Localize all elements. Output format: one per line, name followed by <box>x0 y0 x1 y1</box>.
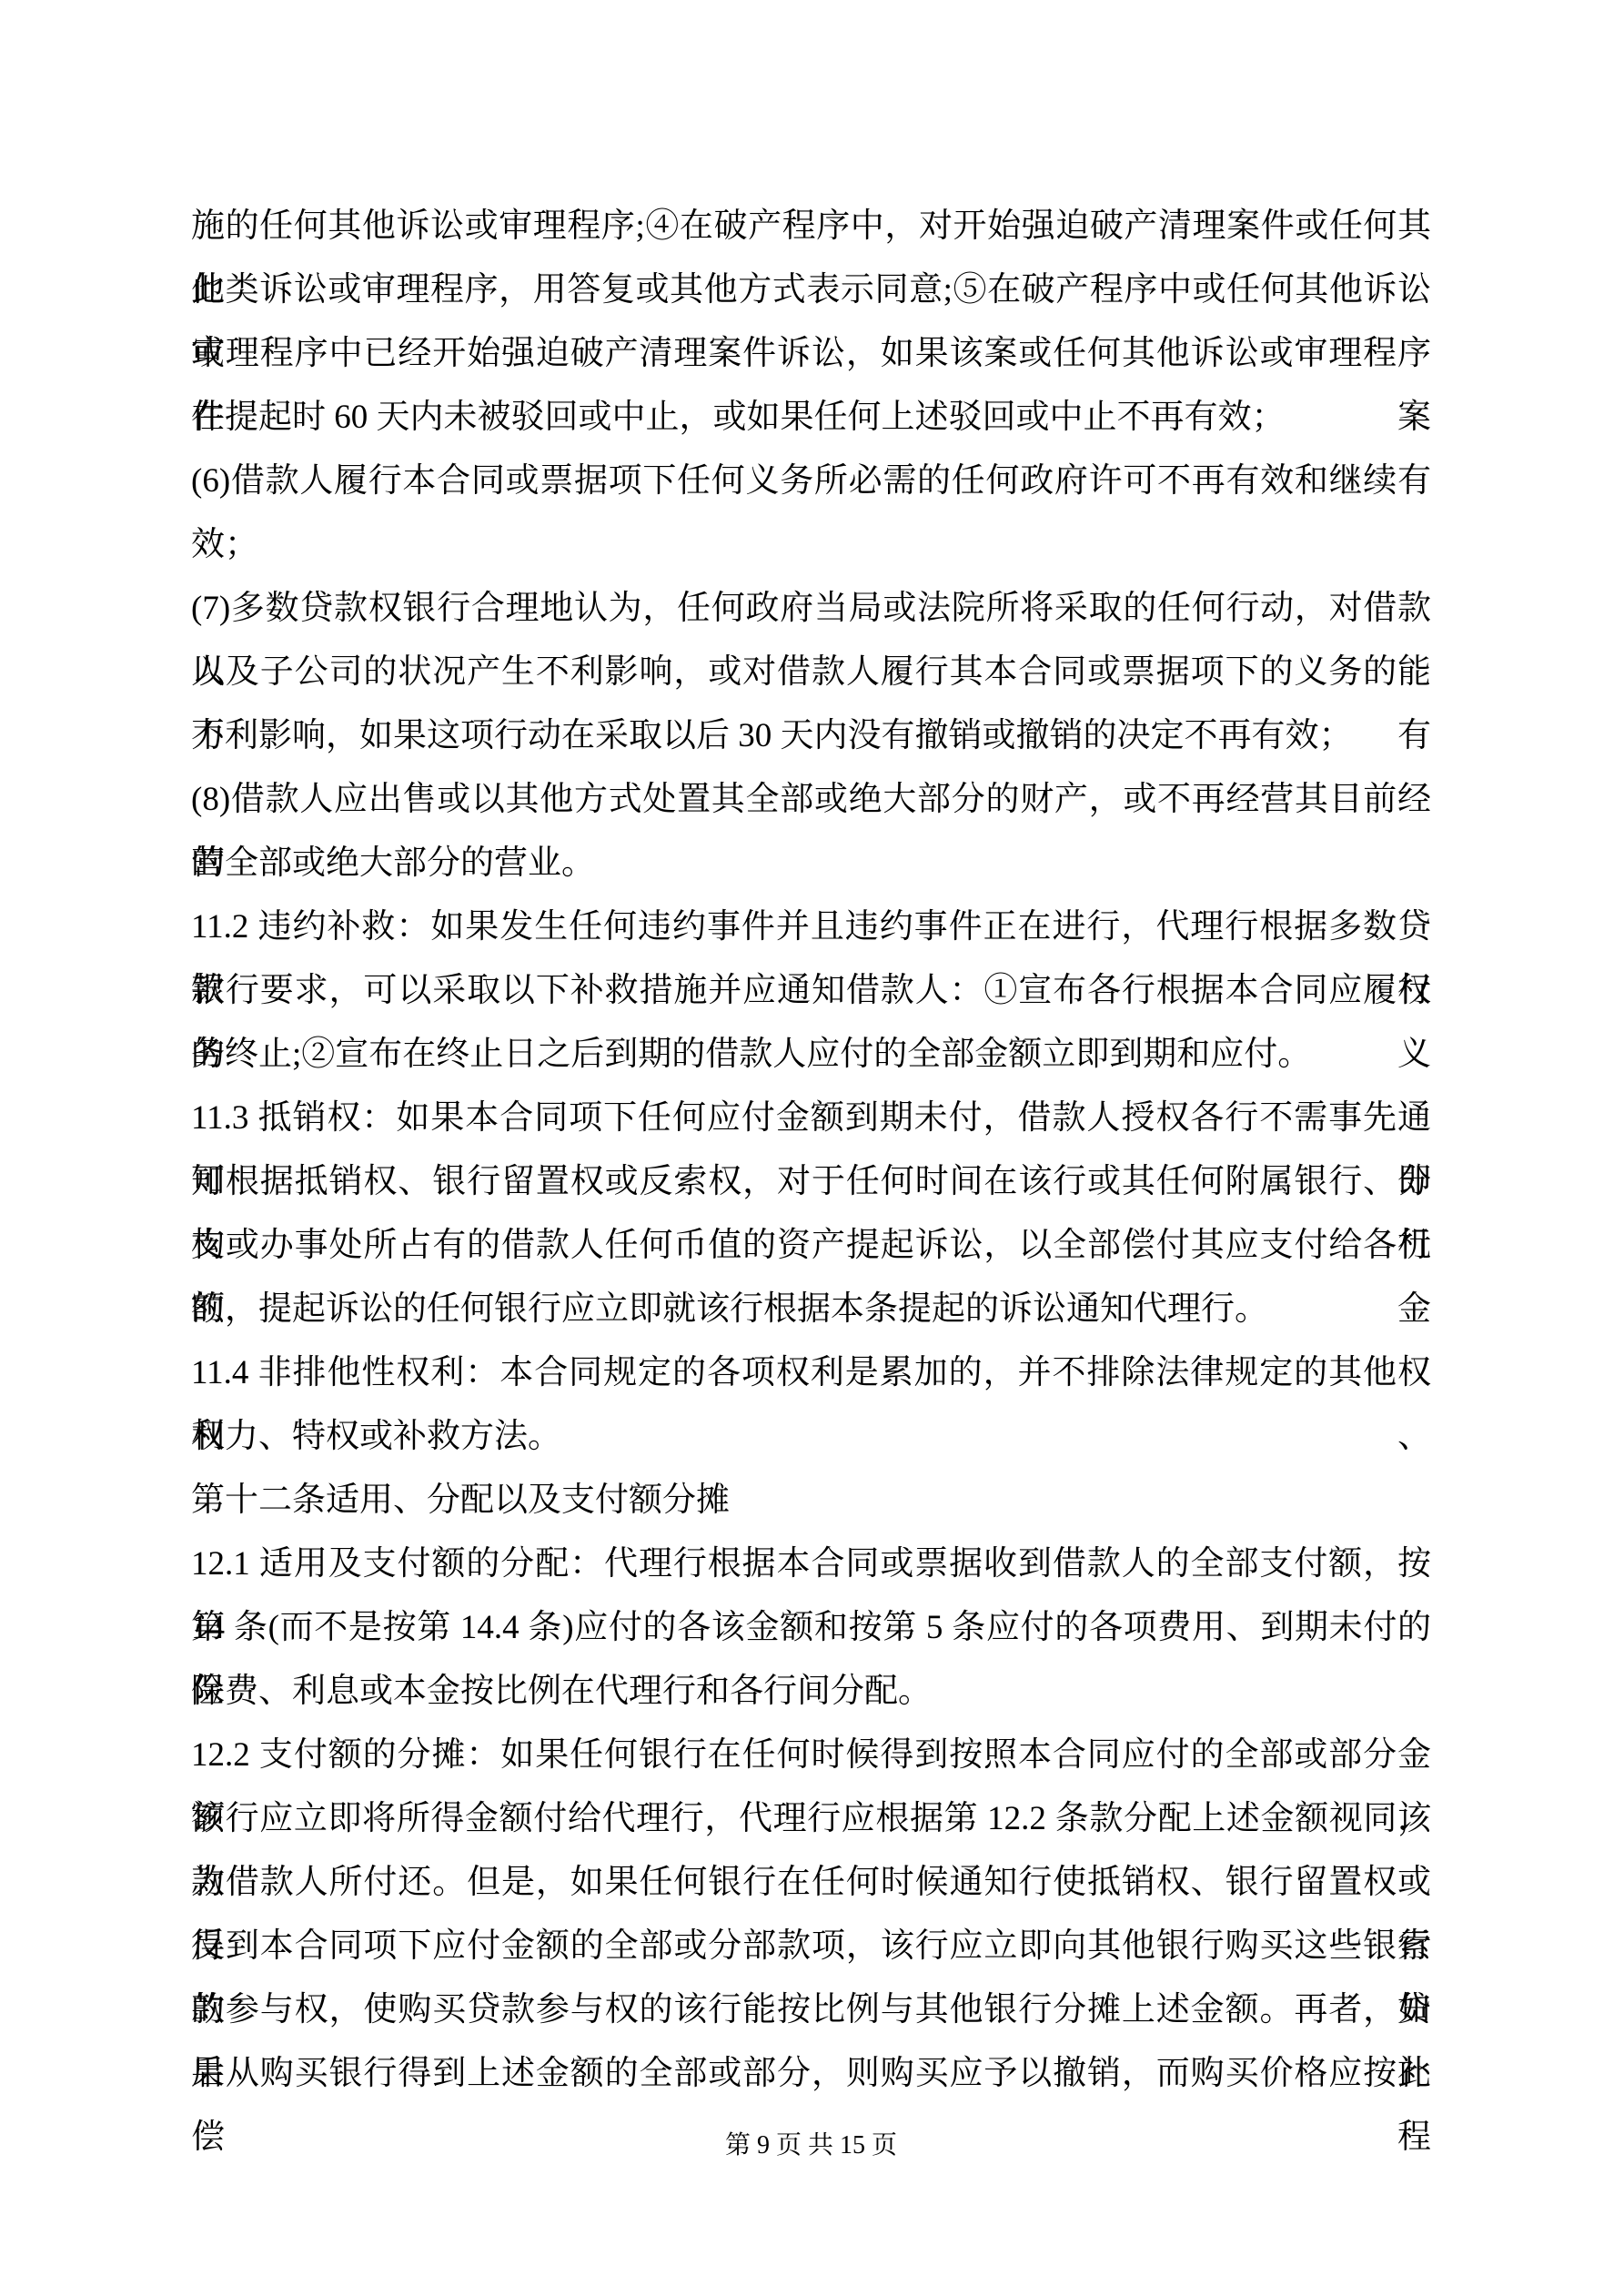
text-line: 11.4 非排他性权利：本合同规定的各项权利是累加的，并不排除法律规定的其他权利… <box>191 1341 1431 1405</box>
text-line: 构或办事处所占有的借款人任何币值的资产提起诉讼，以全部偿付其应支付给各行的金 <box>191 1214 1431 1278</box>
text-line: 为借款人所付还。但是，如果任何银行在任何时候通知行使抵销权、银行留置权或反索 <box>191 1851 1431 1915</box>
text-line: 不利影响，如果这项行动在采取以后 30 天内没有撤销或撤销的决定不再有效； <box>191 704 1431 768</box>
text-line: (8)借款人应出售或以其他方式处置其全部或绝大部分的财产，或不再经营其目前经营 <box>191 768 1431 832</box>
section-heading: 第十二条适用、分配以及支付额分摊 <box>191 1469 1431 1532</box>
text-line: 银行要求，可以采取以下补救措施并应通知借款人：①宣布各行根据本合同应履行的义 <box>191 959 1431 1023</box>
text-line: 11.3 抵销权：如果本合同项下任何应付金额到期未付，借款人授权各行不需事先通知… <box>191 1087 1431 1150</box>
text-line: 可根据抵销权、银行留置权或反索权，对于任何时间在该行或其任何附属银行、分支机 <box>191 1150 1431 1214</box>
text-line: 件提起时 60 天内未被驳回或中止，或如果任何上述驳回或中止不再有效； <box>191 386 1431 450</box>
text-line: 该行应立即将所得金额付给代理行，代理行应根据第 12.2 条款分配上述金额视同该… <box>191 1787 1431 1851</box>
text-line: 14 条(而不是按第 14.4 条)应付的各该金额和按第 5 条应付的各项费用、… <box>191 1596 1431 1660</box>
text-line: (7)多数贷款权银行合理地认为，任何政府当局或法院所将采取的任何行动，对借款人 <box>191 577 1431 641</box>
text-line: 险费、利息或本金按比例在代理行和各行间分配。 <box>191 1660 1431 1724</box>
text-line: (6)借款人履行本合同或票据项下任何义务所必需的任何政府许可不再有效和继续有 <box>191 450 1431 513</box>
contract-page: 施的任何其他诉讼或审理程序;④在破产程序中，对开始强迫破产清理案件或任何其他 此… <box>0 0 1624 2296</box>
text-line: 11.2 违约补救：如果发生任何违约事件并且违约事件正在进行，代理行根据多数贷款… <box>191 895 1431 959</box>
text-line: 12.2 支付额的分摊：如果任何银行在任何时候得到按照本合同应付的全部或部分金额… <box>191 1724 1431 1787</box>
text-line: 务终止;②宣布在终止日之后到期的借款人应付的全部金额立即到期和应付。 <box>191 1023 1431 1087</box>
page-number-footer: 第 9 页 共 15 页 <box>191 2125 1431 2167</box>
text-line: 额，提起诉讼的任何银行应立即就该行根据本条提起的诉讼通知代理行。 <box>191 1278 1431 1341</box>
text-line: 审理程序中已经开始强迫破产清理案件诉讼，如果该案或任何其他诉讼或审理程序在案 <box>191 322 1431 386</box>
text-line: 12.1 适用及支付额的分配：代理行根据本合同或票据收到借款人的全部支付额，按第 <box>191 1532 1431 1596</box>
text-line: 施的任何其他诉讼或审理程序;④在破产程序中，对开始强迫破产清理案件或任何其他 <box>191 195 1431 258</box>
text-line: 效； <box>191 513 1431 577</box>
text-line: 以及子公司的状况产生不利影响，或对借款人履行其本合同或票据项下的义务的能力有 <box>191 641 1431 704</box>
document-body: 施的任何其他诉讼或审理程序;④在破产程序中，对开始强迫破产清理案件或任何其他 此… <box>191 195 1431 2106</box>
text-line: 此类诉讼或审理程序，用答复或其他方式表示同意;⑤在破产程序中或任何其他诉讼或 <box>191 258 1431 322</box>
text-line: 的全部或绝大部分的营业。 <box>191 832 1431 895</box>
text-line: 后从购买银行得到上述金额的全部或部分，则购买应予以撤销，而购买价格应按补偿程 <box>191 2042 1431 2106</box>
text-line: 得到本合同项下应付金额的全部或分部款项，该行应立即向其他银行购买这些银行的贷 <box>191 1915 1431 1978</box>
text-line: 款参与权，使购买贷款参与权的该行能按比例与其他银行分摊上述金额。再者，如果此 <box>191 1978 1431 2042</box>
